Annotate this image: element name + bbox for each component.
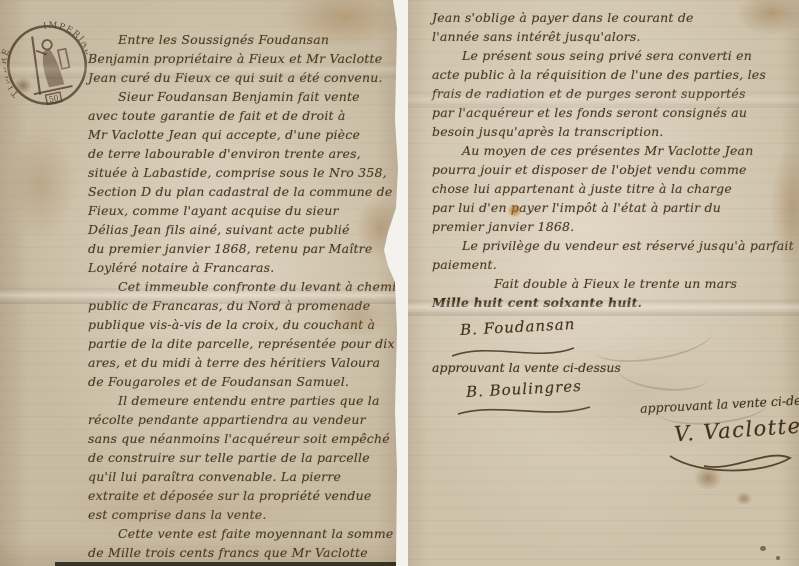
- page-left: TIMBRE IMPERIAL 50 Entre les Soussignés …: [0, 0, 400, 566]
- handwritten-line: Délias Jean fils ainé, suivant acte publ…: [88, 220, 393, 239]
- handwritten-line: Mr Vaclotte Jean qui accepte, d'une pièc…: [88, 125, 393, 144]
- handwritten-line: Mille huit cent soixante huit.: [432, 293, 796, 312]
- handwritten-line: Benjamin propriétaire à Fieux et Mr Vacl…: [88, 49, 393, 68]
- handwritten-line: pourra jouir et disposer de l'objet vend…: [432, 160, 796, 179]
- handwritten-line: Cet immeuble confronte du levant à chemi…: [88, 277, 393, 296]
- right-page-text: Jean s'oblige à payer dans le courant de…: [432, 8, 796, 312]
- handwritten-line: de Mille trois cents francs que Mr Vaclo…: [88, 543, 393, 562]
- handwritten-line: Il demeure entendu entre parties que la: [88, 391, 393, 410]
- paper-speck: [776, 556, 780, 560]
- paper-stain: [736, 492, 752, 505]
- handwritten-line: Fieux, comme l'ayant acquise du sieur: [88, 201, 393, 220]
- stamp-text-left: TIMBRE: [0, 44, 23, 101]
- handwritten-line: besoin jusqu'après la transcription.: [432, 122, 796, 141]
- handwritten-line: chose lui appartenant à juste titre à la…: [432, 179, 796, 198]
- handwritten-line: acte public à la réquisition de l'une de…: [432, 65, 796, 84]
- paper-stain: [4, 128, 76, 240]
- handwritten-line: du premier janvier 1868, retenu par Maît…: [88, 239, 393, 258]
- handwritten-line: de construire sur telle partie de la par…: [88, 448, 393, 467]
- handwritten-line: sans que néanmoins l'acquéreur soit empê…: [88, 429, 393, 448]
- handwritten-line: qu'il lui paraîtra convenable. La pierre: [88, 467, 393, 486]
- handwritten-line: public de Francaras, du Nord à promenade: [88, 296, 393, 315]
- handwritten-line: récolte pendante appartiendra au vendeur: [88, 410, 393, 429]
- paper-speck: [760, 546, 766, 551]
- handwritten-line: Jean s'oblige à payer dans le courant de: [432, 8, 796, 27]
- handwritten-line: de Fougaroles et de Foudansan Samuel.: [88, 372, 393, 391]
- handwritten-line: Sieur Foudansan Benjamin fait vente: [88, 87, 393, 106]
- handwritten-line: Fait double à Fieux le trente un mars: [432, 274, 796, 293]
- svg-text:TIMBRE: TIMBRE: [0, 44, 23, 101]
- seller-signature: B. Foudansan: [460, 315, 576, 339]
- handwritten-line: par lui d'en payer l'impôt à l'état à pa…: [432, 198, 796, 217]
- handwritten-line: paiement.: [432, 255, 796, 274]
- handwritten-line: l'année sans intérêt jusqu'alors.: [432, 27, 796, 46]
- handwritten-line: de terre labourable d'environ trente are…: [88, 144, 393, 163]
- scan-edge-shadow: [55, 562, 400, 566]
- handwritten-line: située à Labastide, comprise sous le Nro…: [88, 163, 393, 182]
- signature-flourish: [664, 446, 796, 480]
- buyer-signature: V. Vaclotte: [673, 414, 799, 447]
- approval-note-2: approuvant la vente ci-dessus: [640, 391, 799, 416]
- handwritten-line: par l'acquéreur et les fonds seront cons…: [432, 103, 796, 122]
- witness-signature: B. Boulingres: [466, 377, 583, 401]
- handwritten-line: Loyléré notaire à Francaras.: [88, 258, 393, 277]
- handwritten-line: Entre les Soussignés Foudansan: [88, 30, 393, 49]
- handwritten-line: Le privilège du vendeur est réservé jusq…: [432, 236, 796, 255]
- page-right: Jean s'oblige à payer dans le courant de…: [408, 0, 799, 566]
- handwritten-line: publique vis-à-vis de la croix, du couch…: [88, 315, 393, 334]
- stamp-graphic: TIMBRE IMPERIAL 50: [0, 12, 98, 118]
- signature-flourish: [454, 402, 594, 422]
- approval-note-1: approuvant la vente ci-dessus: [432, 360, 621, 375]
- pencil-marks: [617, 353, 710, 394]
- handwritten-line: frais de radiation et de purges seront s…: [432, 84, 796, 103]
- handwritten-line: Cette vente est faite moyennant la somme: [88, 524, 393, 543]
- handwritten-line: avec toute garantie de fait et de droit …: [88, 106, 393, 125]
- handwritten-line: ares, et du midi à terre des héritiers V…: [88, 353, 393, 372]
- handwritten-line: est comprise dans la vente.: [88, 505, 393, 524]
- handwritten-line: extraite et déposée sur la propriété ven…: [88, 486, 393, 505]
- handwritten-line: premier janvier 1868.: [432, 217, 796, 236]
- handwritten-line: Section D du plan cadastral de la commun…: [88, 182, 393, 201]
- left-page-text: Entre les Soussignés FoudansanBenjamin p…: [88, 30, 393, 562]
- handwritten-line: partie de la dite parcelle, représentée …: [88, 334, 393, 353]
- handwritten-line: Au moyen de ces présentes Mr Vaclotte Je…: [432, 141, 796, 160]
- handwritten-line: Jean curé du Fieux ce qui suit a été con…: [88, 68, 393, 87]
- paper-stain: [694, 466, 722, 490]
- imperial-stamp-icon: TIMBRE IMPERIAL 50: [0, 12, 98, 118]
- handwritten-line: Le présent sous seing privé sera convert…: [432, 46, 796, 65]
- document-scan: TIMBRE IMPERIAL 50 Entre les Soussignés …: [0, 0, 799, 566]
